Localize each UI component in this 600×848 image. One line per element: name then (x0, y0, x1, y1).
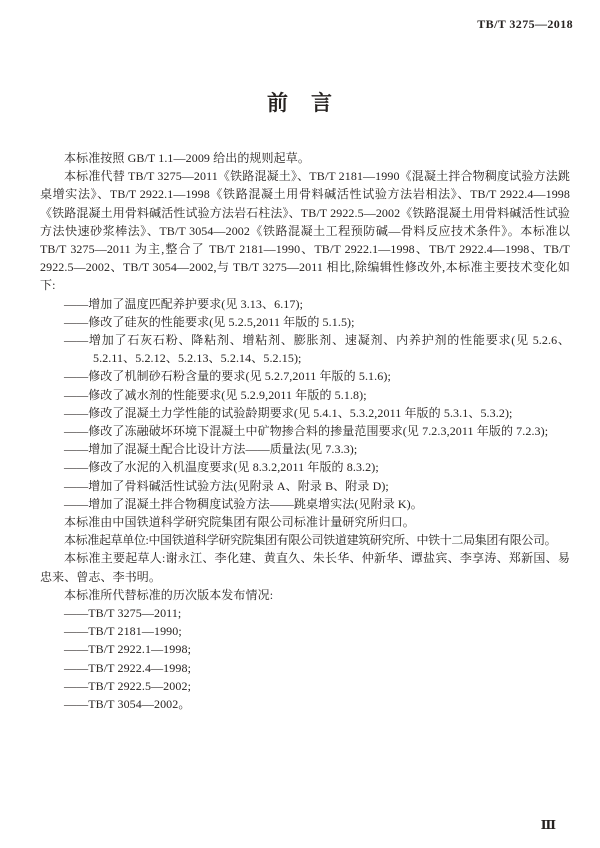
paragraph-history-intro: 本标准所代替标准的历次版本发布情况: (40, 586, 570, 604)
change-list-item: ——修改了冻融破坏环境下混凝土中矿物掺合料的掺量范围要求(见 7.2.3,201… (40, 422, 570, 440)
change-list-item: ——增加了温度匹配养护要求(见 3.13、6.17); (40, 295, 570, 313)
paragraph-replacement: 本标准代替 TB/T 3275—2011《铁路混凝土》、TB/T 2181—19… (40, 167, 570, 294)
change-list-item: ——修改了硅灰的性能要求(见 5.2.5,2011 年版的 5.1.5); (40, 313, 570, 331)
page-number: Ⅲ (541, 817, 556, 833)
history-list-item: ——TB/T 2181—1990; (40, 622, 570, 640)
paragraph-drafting-organizations: 本标准起草单位:中国铁道科学研究院集团有限公司铁道建筑研究所、中铁十二局集团有限… (40, 531, 570, 549)
change-list-item: ——修改了混凝土力学性能的试验龄期要求(见 5.4.1、5.3.2,2011 年… (40, 404, 570, 422)
change-list-item: ——修改了机制砂石粉含量的要求(见 5.2.7,2011 年版的 5.1.6); (40, 367, 570, 385)
history-list-item: ——TB/T 2922.4—1998; (40, 659, 570, 677)
paragraph-drafting-rule: 本标准按照 GB/T 1.1—2009 给出的规则起草。 (40, 149, 570, 167)
change-list-item: ——增加了混凝土拌合物稠度试验方法——跳桌增实法(见附录 K)。 (40, 495, 570, 513)
change-list-item: ——修改了水泥的入机温度要求(见 8.3.2,2011 年版的 8.3.2); (40, 458, 570, 476)
change-list-item: ——修改了减水剂的性能要求(见 5.2.9,2011 年版的 5.1.8); (40, 386, 570, 404)
document-page: TB/T 3275—2018 前 言 本标准按照 GB/T 1.1—2009 给… (0, 0, 600, 848)
history-list-item: ——TB/T 2922.1—1998; (40, 640, 570, 658)
paragraph-drafters: 本标准主要起草人:谢永江、李化建、黄直久、朱长华、仲新华、谭盐宾、李享涛、郑新国… (40, 549, 570, 585)
change-list-item: ——增加了混凝土配合比设计方法——质量法(见 7.3.3); (40, 440, 570, 458)
history-list-item: ——TB/T 3054—2002。 (40, 695, 570, 713)
change-list-item: ——增加了石灰石粉、降粘剂、增粘剂、膨胀剂、速凝剂、内养护剂的性能要求(见 5.… (40, 331, 570, 367)
standard-number: TB/T 3275—2018 (477, 17, 573, 32)
history-list-item: ——TB/T 2922.5—2002; (40, 677, 570, 695)
history-list-item: ——TB/T 3275—2011; (40, 604, 570, 622)
foreword-content: 本标准按照 GB/T 1.1—2009 给出的规则起草。 本标准代替 TB/T … (40, 149, 570, 713)
paragraph-centralized-body: 本标准由中国铁道科学研究院集团有限公司标准计量研究所归口。 (40, 513, 570, 531)
change-list-item: ——增加了骨料碱活性试验方法(见附录 A、附录 B、附录 D); (40, 477, 570, 495)
